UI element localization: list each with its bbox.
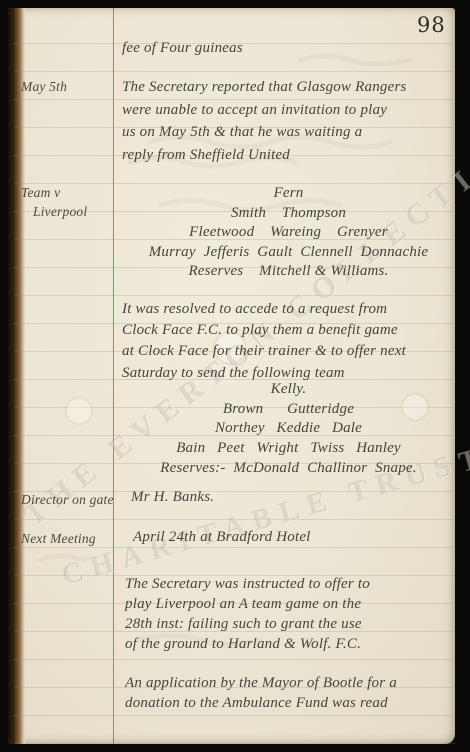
minute-line: The Secretary reported that Glasgow Rang…: [122, 76, 458, 99]
team-row: Fern: [122, 184, 455, 204]
minute-glasgow-rangers: The Secretary reported that Glasgow Rang…: [122, 76, 458, 166]
minute-liverpool-a-team: The Secretary was instructed to offer to…: [125, 574, 461, 654]
minute-bootle-ambulance: An application by the Mayor of Bootle fo…: [125, 674, 461, 713]
team-row: Bain Peet Wright Twiss Hanley: [122, 439, 455, 459]
minute-line: at Clock Face for their trainer & to off…: [122, 341, 458, 362]
margin-date-may-5: May 5th: [21, 79, 67, 95]
minute-line: play Liverpool an A team game on the: [125, 594, 461, 614]
page-number: 98: [417, 13, 446, 37]
book-binding-edge: [8, 8, 25, 744]
team-row: Smith Thompson: [122, 204, 455, 224]
minute-line: of the ground to Harland & Wolf. F.C.: [125, 634, 461, 654]
minute-line: It was resolved to accede to a request f…: [122, 299, 458, 320]
team-row: Reserves:- McDonald Challinor Snape.: [122, 459, 455, 479]
binding-crease: [13, 8, 14, 744]
team-list-clock-face: Kelly. Brown Gutteridge Northey Keddie D…: [122, 380, 455, 479]
minute-line: The Secretary was instructed to offer to: [125, 574, 461, 594]
minute-line: us on May 5th & that he was waiting a: [122, 121, 458, 144]
team-row: Reserves Mitchell & Williams.: [122, 262, 455, 282]
team-row: Fleetwood Wareing Grenyer: [122, 223, 455, 243]
margin-line: Team v: [21, 183, 87, 202]
minute-next-meeting: April 24th at Bradford Hotel: [133, 529, 311, 546]
margin-line: Liverpool: [33, 202, 87, 221]
team-row: Murray Jefferis Gault Clennell Donnachie: [122, 243, 455, 263]
minute-book-photo: THE EVERTON COLLECTION CHARITABLE TRUST …: [0, 0, 470, 752]
team-row: Kelly.: [122, 380, 455, 400]
minute-line: reply from Sheffield United: [122, 144, 458, 167]
margin-team-v-liverpool: Team v Liverpool: [21, 183, 87, 221]
carryover-line: fee of Four guineas: [122, 40, 243, 57]
team-row: Northey Keddie Dale: [122, 419, 455, 439]
minute-line: Clock Face F.C. to play them a benefit g…: [122, 320, 458, 341]
team-list-liverpool: Fern Smith Thompson Fleetwood Wareing Gr…: [122, 184, 455, 282]
margin-next-meeting: Next Meeting: [21, 531, 96, 547]
minute-director-name: Mr H. Banks.: [131, 489, 214, 506]
minute-line: An application by the Mayor of Bootle fo…: [125, 674, 461, 694]
minute-line: were unable to accept an invitation to p…: [122, 99, 458, 122]
emboss-circle: [64, 396, 94, 426]
margin-director-on-gate: Director on gate: [21, 492, 114, 508]
minute-line: 28th inst: failing such to grant the use: [125, 614, 461, 634]
team-row: Brown Gutteridge: [122, 400, 455, 420]
margin-rule-line: [113, 8, 114, 744]
minute-line: donation to the Ambulance Fund was read: [125, 694, 461, 714]
minute-clock-face: It was resolved to accede to a request f…: [122, 299, 458, 384]
